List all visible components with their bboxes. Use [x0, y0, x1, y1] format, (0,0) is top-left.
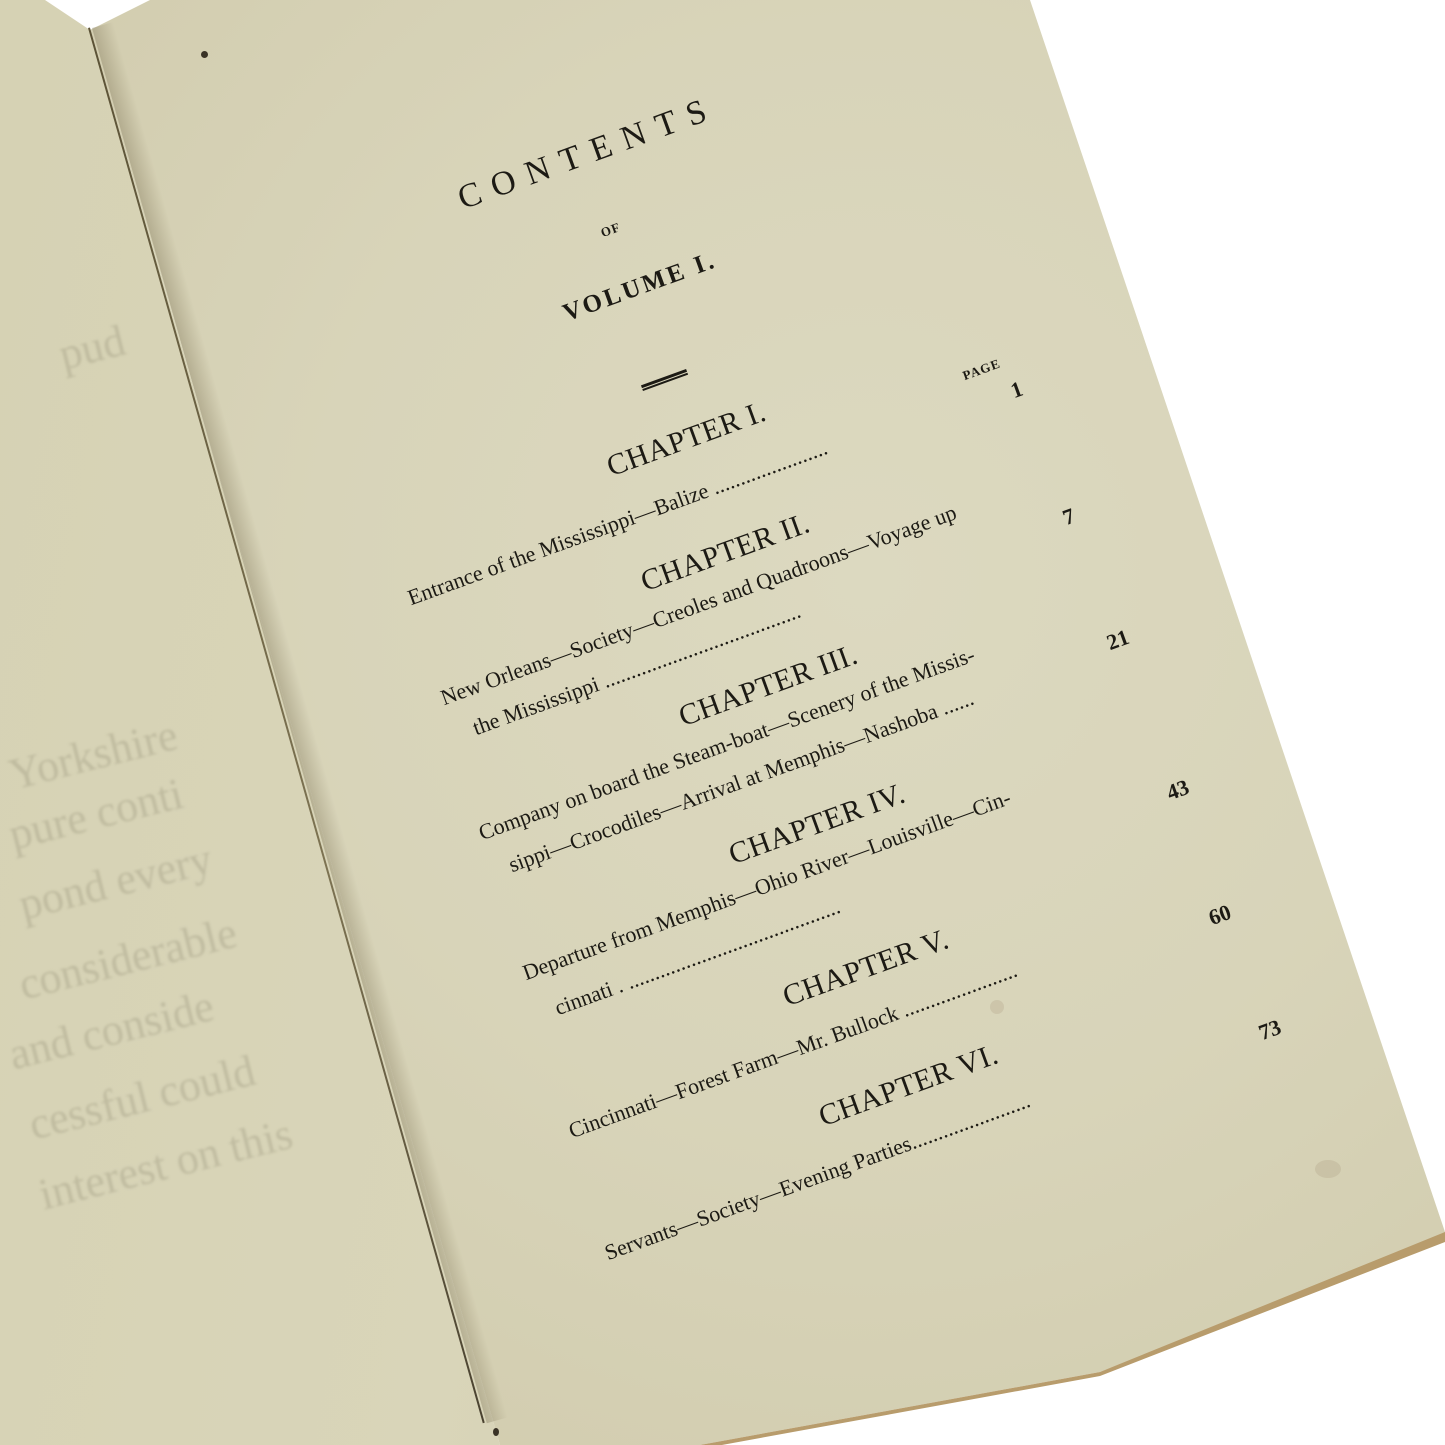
volume-label: VOLUME I.: [559, 247, 720, 328]
double-rule: [641, 369, 688, 391]
contents-heading: CONTENTS: [453, 89, 723, 218]
page-number: 7: [1059, 503, 1078, 531]
table-of-contents: CONTENTS OF VOLUME I. PAGE CHAPTER I. En…: [0, 0, 1445, 1445]
page-number: 60: [1205, 899, 1235, 931]
page-number: 1: [1007, 376, 1026, 404]
page-number: 73: [1255, 1014, 1285, 1046]
page-number: 21: [1103, 624, 1133, 656]
book-photo: pud Yorkshire pure conti pond every cons…: [0, 0, 1445, 1445]
page-number: 43: [1163, 774, 1193, 806]
chapter-entry: Servants—Society—Evening Parties........…: [601, 1087, 1034, 1266]
page-column-header: PAGE: [961, 356, 1003, 384]
of-label: OF: [599, 219, 623, 241]
